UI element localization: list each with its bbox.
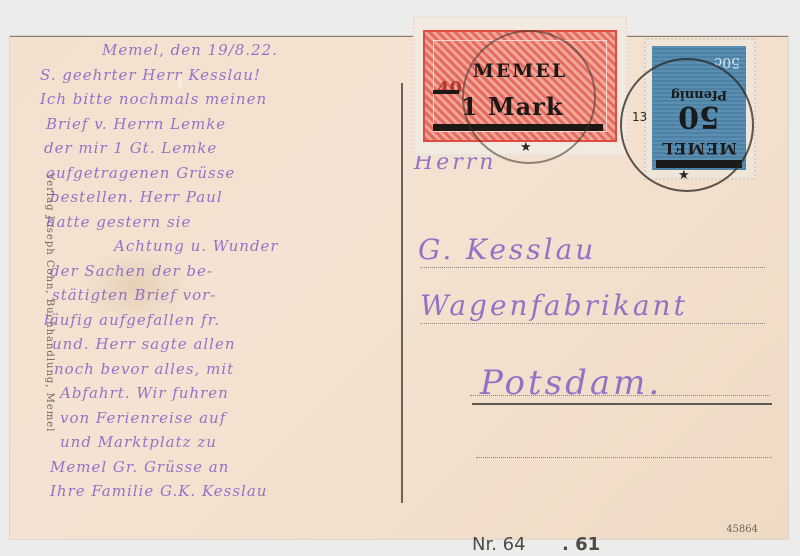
message-line: von Ferienreise auf	[60, 409, 226, 427]
message-line: läufig aufgefallen fr.	[44, 311, 220, 329]
address-line-3	[470, 395, 770, 396]
address-street: Wagenfabrikant	[420, 289, 688, 322]
message-line: hatte gestern sie	[46, 213, 191, 231]
message-line: noch bevor alles, mit	[54, 360, 234, 378]
message-line: Memel Gr. Grüsse an	[50, 458, 229, 476]
address-city: Potsdam.	[480, 363, 662, 403]
message-line: Achtung u. Wunder	[114, 237, 279, 255]
message-line: und. Herr sagte allen	[52, 335, 236, 353]
catalog-note-suffix: . 61	[562, 534, 600, 555]
postmark-date: 13	[632, 110, 647, 124]
message-line: Memel, den 19/8.22.	[102, 41, 278, 59]
message-line: der mir 1 Gt. Lemke	[44, 139, 217, 157]
message-line: der Sachen der be-	[50, 262, 213, 280]
card-number: 45864	[726, 524, 758, 535]
postmark-blue-stamp: 13 ★	[620, 58, 754, 192]
message-line: Brief v. Herrn Lemke	[46, 115, 226, 133]
message-line: aufgetragenen Grüsse	[46, 164, 235, 182]
message-line: Ich bitte nochmals meinen	[40, 90, 267, 108]
obliteration-bar	[433, 90, 459, 94]
message-line: und Marktplatz zu	[60, 433, 217, 451]
address-line-1	[420, 267, 765, 268]
center-divider	[401, 83, 403, 503]
postmark-star: ★	[520, 140, 532, 155]
message-line: bestellen. Herr Paul	[50, 188, 223, 206]
address-name: G. Kesslau	[418, 233, 596, 266]
address-line-2	[420, 323, 765, 324]
message-line: Ihre Familie G.K. Kesslau	[50, 482, 267, 500]
postmark-star: ★	[678, 168, 690, 183]
catalog-note-prefix: Nr. 64	[472, 534, 526, 555]
postmark-red-stamp: ★	[462, 30, 596, 164]
address-line-4	[476, 457, 772, 458]
message-line: stätigten Brief vor-	[52, 286, 216, 304]
message-line: S. geehrter Herr Kesslau!	[40, 66, 261, 84]
message-line: Abfahrt. Wir fuhren	[60, 384, 229, 402]
city-underline	[472, 403, 772, 405]
